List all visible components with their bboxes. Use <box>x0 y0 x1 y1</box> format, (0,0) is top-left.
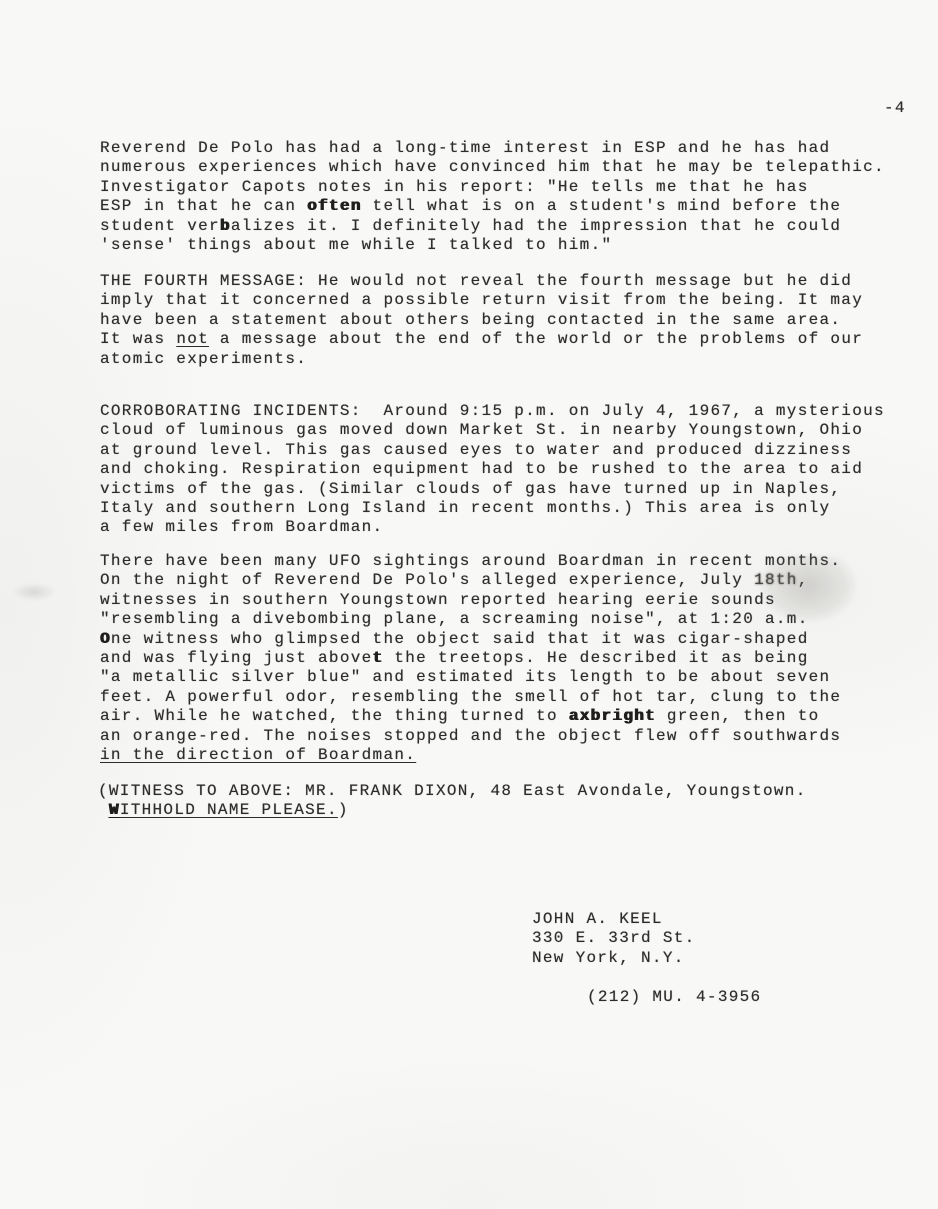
text-line: numerous experiences which have convince… <box>100 158 885 177</box>
text-line: "a metallic silver blue" and estimated i… <box>100 668 841 687</box>
text-segment: victims of the gas. (Similar clouds of g… <box>100 480 841 498</box>
text-segment: imply that it concerned a possible retur… <box>100 291 863 309</box>
text-line: (212) MU. 4-3956 <box>587 988 761 1007</box>
text-line: It was not a message about the end of th… <box>100 330 863 349</box>
text-line: 'sense' things about me while I talked t… <box>100 236 885 255</box>
text-line: Reverend De Polo has had a long-time int… <box>100 139 885 158</box>
text-segment: On the night of Reverend De Polo's alleg… <box>100 571 754 589</box>
text-line: an orange-red. The noises stopped and th… <box>100 727 841 746</box>
text-segment: , <box>798 571 809 589</box>
text-segment: air. While he watched, the thing turned … <box>100 707 569 725</box>
text-segment: at ground level. This gas caused eyes to… <box>100 441 852 459</box>
text-line: On the night of Reverend De Polo's alleg… <box>100 571 841 590</box>
signature-block: JOHN A. KEEL330 E. 33rd St.New York, N.Y… <box>532 910 696 968</box>
text-line: at ground level. This gas caused eyes to… <box>100 441 885 460</box>
scanned-document-page: -4 Reverend De Polo has had a long-time … <box>0 0 938 1209</box>
text-line: in the direction of Boardman. <box>100 746 841 765</box>
text-line: One witness who glimpsed the object said… <box>100 630 841 649</box>
text-line: THE FOURTH MESSAGE: He would not reveal … <box>100 272 863 291</box>
text-line: WITHHOLD NAME PLEASE.) <box>98 801 807 820</box>
text-segment: in the direction of Boardman. <box>100 746 416 764</box>
text-segment: a few miles from Boardman. <box>100 518 383 536</box>
paragraph-ufo-sightings: There have been many UFO sightings aroun… <box>100 552 841 765</box>
text-segment: and choking. Respiration equipment had t… <box>100 460 863 478</box>
text-segment: 18th <box>754 571 798 589</box>
text-segment: feet. A powerful odor, resembling the sm… <box>100 688 841 706</box>
text-segment: often <box>307 197 362 215</box>
paragraph-fourth-message: THE FOURTH MESSAGE: He would not reveal … <box>100 272 863 369</box>
text-segment: W <box>109 801 120 819</box>
text-segment <box>98 801 109 819</box>
text-segment: "a metallic silver blue" and estimated i… <box>100 668 830 686</box>
text-segment: not <box>176 330 209 348</box>
text-line: a few miles from Boardman. <box>100 518 885 537</box>
text-line: New York, N.Y. <box>532 949 696 968</box>
text-segment: Italy and southern Long Island in recent… <box>100 499 830 517</box>
text-segment: ITHHOLD NAME PLEASE. <box>120 801 338 819</box>
text-segment: CORROBORATING INCIDENTS: Around 9:15 p.m… <box>100 402 885 420</box>
text-segment: and was flying just above <box>100 649 373 667</box>
text-line: have been a statement about others being… <box>100 311 863 330</box>
paragraph-esp-interest: Reverend De Polo has had a long-time int… <box>100 139 885 255</box>
paragraph-corroborating-incidents: CORROBORATING INCIDENTS: Around 9:15 p.m… <box>100 402 885 538</box>
text-line: (WITNESS TO ABOVE: MR. FRANK DIXON, 48 E… <box>98 782 807 801</box>
text-segment: axbright <box>569 707 656 725</box>
page-number: -4 <box>884 99 906 118</box>
text-line: imply that it concerned a possible retur… <box>100 291 863 310</box>
text-line: Investigator Capots notes in his report:… <box>100 178 885 197</box>
text-segment: student ver <box>100 217 220 235</box>
text-segment: green, then to <box>656 707 820 725</box>
scan-artifact <box>12 583 56 601</box>
text-line: "resembling a divebombing plane, a screa… <box>100 610 841 629</box>
text-segment: THE FOURTH MESSAGE: He would not reveal … <box>100 272 852 290</box>
text-line: There have been many UFO sightings aroun… <box>100 552 841 571</box>
text-segment: alizes it. I definitely had the impressi… <box>231 217 842 235</box>
text-segment: an orange-red. The noises stopped and th… <box>100 727 841 745</box>
text-line: 330 E. 33rd St. <box>532 929 696 948</box>
text-segment: ) <box>338 801 349 819</box>
text-line: and was flying just abovet the treetops.… <box>100 649 841 668</box>
text-segment: numerous experiences which have convince… <box>100 158 885 176</box>
text-segment: O <box>100 630 111 648</box>
text-segment: a message about the end of the world or … <box>209 330 863 348</box>
text-segment: Investigator Capots notes in his report:… <box>100 178 809 196</box>
text-segment: (212) MU. 4-3956 <box>587 988 761 1006</box>
text-line: JOHN A. KEEL <box>532 910 696 929</box>
text-line: air. While he watched, the thing turned … <box>100 707 841 726</box>
text-segment: tell what is on a student's mind before … <box>362 197 842 215</box>
text-segment: ESP in that he can <box>100 197 307 215</box>
witness-note: (WITNESS TO ABOVE: MR. FRANK DIXON, 48 E… <box>98 782 807 821</box>
text-line: atomic experiments. <box>100 350 863 369</box>
text-segment: the treetops. He described it as being <box>383 649 808 667</box>
text-segment: ne witness who glimpsed the object said … <box>111 630 809 648</box>
text-segment: New York, N.Y. <box>532 949 685 967</box>
text-line: feet. A powerful odor, resembling the sm… <box>100 688 841 707</box>
text-line: Italy and southern Long Island in recent… <box>100 499 885 518</box>
text-line: and choking. Respiration equipment had t… <box>100 460 885 479</box>
text-line: victims of the gas. (Similar clouds of g… <box>100 480 885 499</box>
text-segment: witnesses in southern Youngstown reporte… <box>100 591 776 609</box>
text-segment: b <box>220 217 231 235</box>
text-segment: 'sense' things about me while I talked t… <box>100 236 612 254</box>
text-segment: atomic experiments. <box>100 350 307 368</box>
text-line: cloud of luminous gas moved down Market … <box>100 421 885 440</box>
text-segment: It was <box>100 330 176 348</box>
text-segment: cloud of luminous gas moved down Market … <box>100 421 863 439</box>
text-segment: "resembling a divebombing plane, a screa… <box>100 610 809 628</box>
text-line: ESP in that he can often tell what is on… <box>100 197 885 216</box>
text-segment: There have been many UFO sightings aroun… <box>100 552 841 570</box>
text-segment: have been a statement about others being… <box>100 311 841 329</box>
text-segment: Reverend De Polo has had a long-time int… <box>100 139 830 157</box>
text-segment: JOHN A. KEEL <box>532 910 663 928</box>
text-segment: (WITNESS TO ABOVE: MR. FRANK DIXON, 48 E… <box>98 782 807 800</box>
text-line: student verbalizes it. I definitely had … <box>100 217 885 236</box>
text-segment: t <box>373 649 384 667</box>
text-segment: 330 E. 33rd St. <box>532 929 696 947</box>
text-line: CORROBORATING INCIDENTS: Around 9:15 p.m… <box>100 402 885 421</box>
text-line: witnesses in southern Youngstown reporte… <box>100 591 841 610</box>
phone-number: (212) MU. 4-3956 <box>587 988 761 1007</box>
